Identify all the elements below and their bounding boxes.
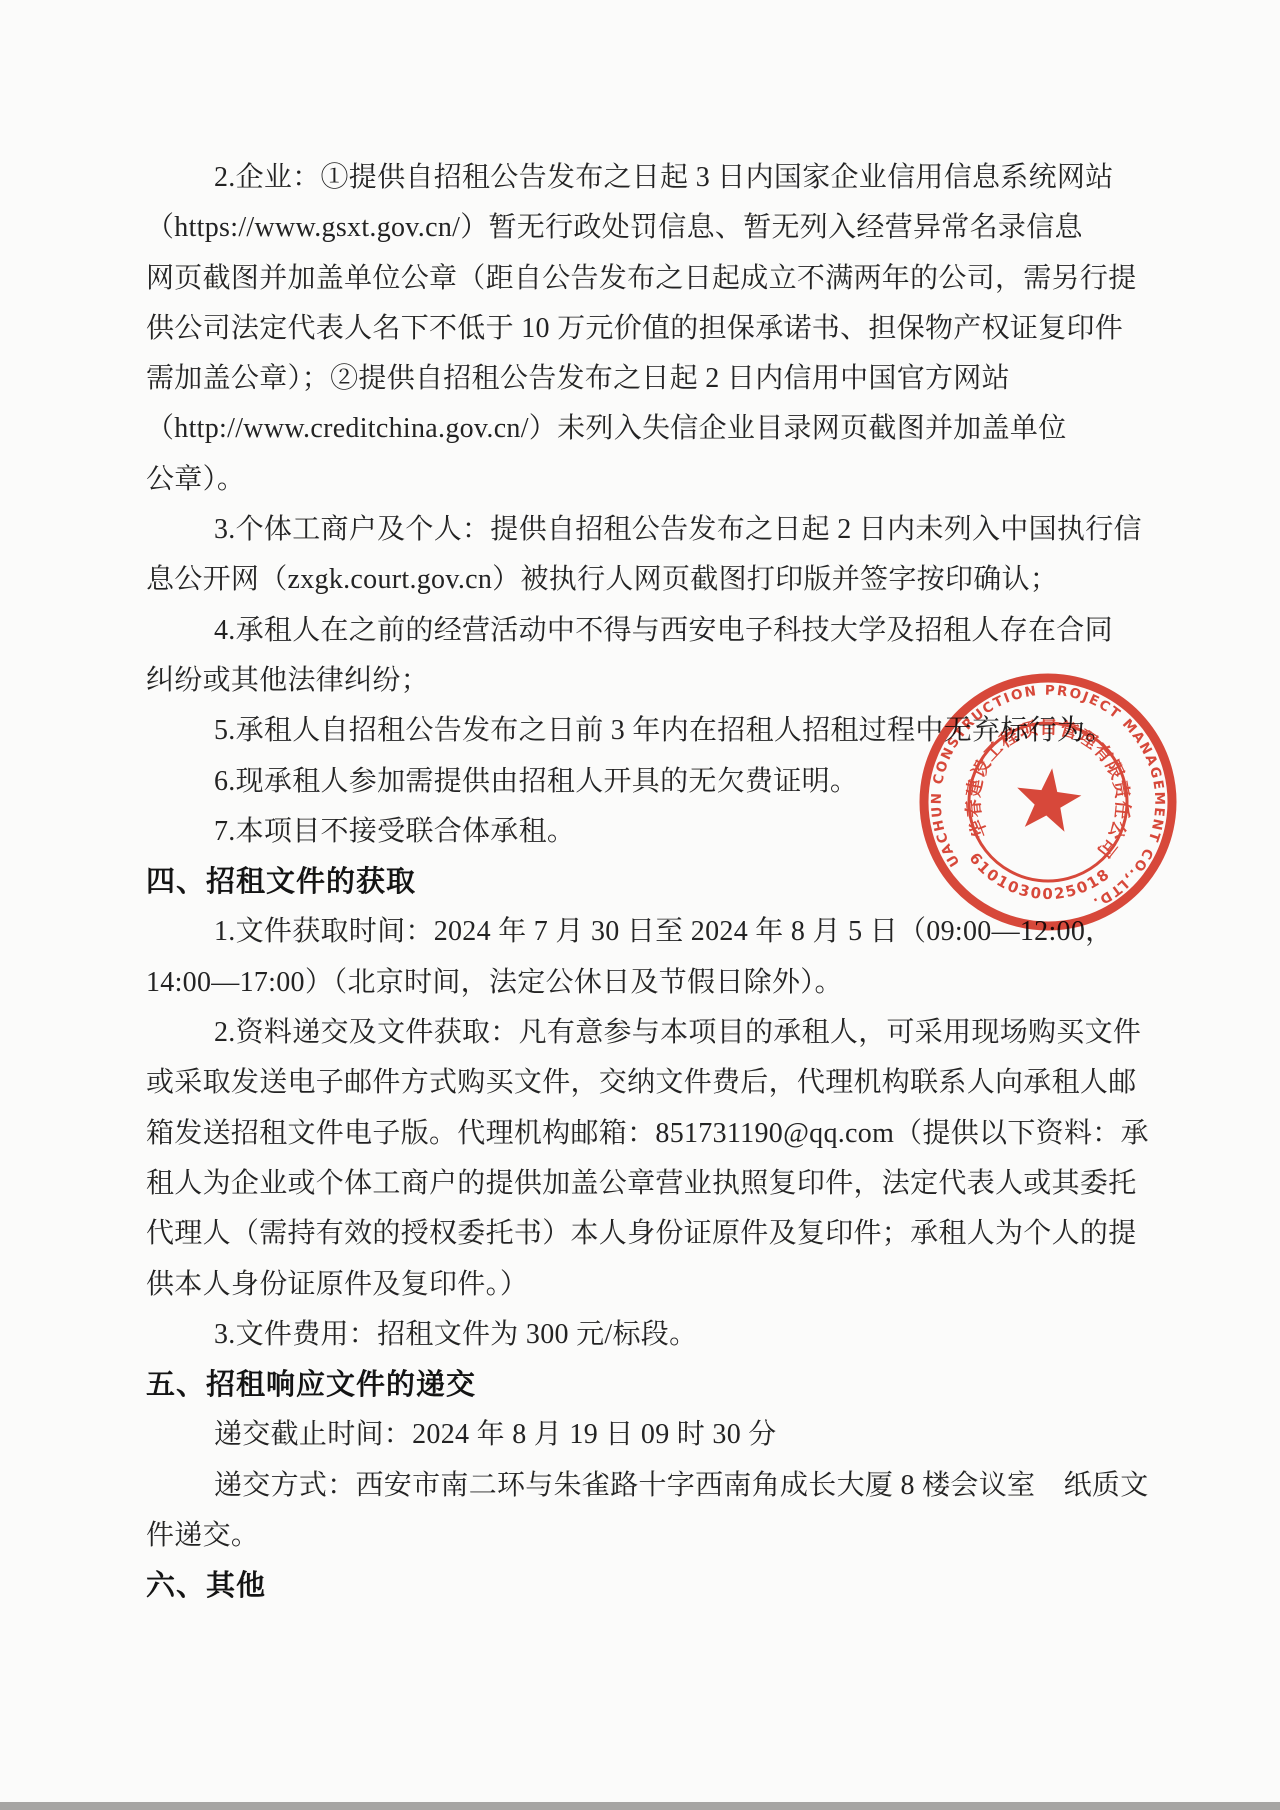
document-line: 供公司法定代表人名下不低于 10 万元价值的担保承诺书、担保物产权证复印件: [146, 304, 1141, 354]
document-page: 2.企业：①提供自招租公告发布之日起 3 日内国家企业信用信息系统网站（http…: [0, 0, 1280, 1810]
document-line: 4.承租人在之前的经营活动中不得与西安电子科技大学及招租人存在合同: [146, 606, 1141, 656]
document-line: 3.文件费用：招租文件为 300 元/标段。: [146, 1310, 1141, 1360]
section-heading: 五、招租响应文件的递交: [146, 1360, 1141, 1410]
document-line: 息公开网（zxgk.court.gov.cn）被执行人网页截图打印版并签字按印确…: [146, 555, 1141, 605]
official-seal-stamp: HUACHUN CONSTRUCTION PROJECT MANAGEMENT …: [908, 662, 1188, 942]
section-heading: 六、其他: [146, 1561, 1141, 1611]
document-line: 公章）。: [146, 455, 1141, 505]
document-line: 网页截图并加盖单位公章（距自公告发布之日起成立不满两年的公司，需另行提: [146, 254, 1141, 304]
document-line: （http://www.creditchina.gov.cn/）未列入失信企业目…: [146, 404, 1141, 454]
document-line: 供本人身份证原件及复印件。）: [146, 1260, 1141, 1310]
document-line: 2.资料递交及文件获取：凡有意参与本项目的承租人，可采用现场购买文件: [146, 1008, 1141, 1058]
document-line: 租人为企业或个体工商户的提供加盖公章营业执照复印件，法定代表人或其委托: [146, 1159, 1141, 1209]
document-line: 或采取发送电子邮件方式购买文件，交纳文件费后，代理机构联系人向承租人邮: [146, 1058, 1141, 1108]
stamp-star-icon: [1013, 764, 1085, 833]
document-line: 需加盖公章）；②提供自招租公告发布之日起 2 日内信用中国官方网站: [146, 354, 1141, 404]
document-line: 箱发送招租文件电子版。代理机构邮箱：851731190@qq.com（提供以下资…: [146, 1109, 1141, 1159]
page-bottom-edge: [0, 1802, 1280, 1810]
document-line: 14:00—17:00）（北京时间，法定公休日及节假日除外）。: [146, 958, 1141, 1008]
document-line: 代理人（需持有效的授权委托书）本人身份证原件及复印件；承租人为个人的提: [146, 1209, 1141, 1259]
document-line: 递交方式：西安市南二环与朱雀路十字西南角成长大厦 8 楼会议室 纸质文: [146, 1461, 1141, 1511]
document-line: 2.企业：①提供自招租公告发布之日起 3 日内国家企业信用信息系统网站: [146, 153, 1141, 203]
document-line: 递交截止时间：2024 年 8 月 19 日 09 时 30 分: [146, 1410, 1141, 1460]
document-line: 件递交。: [146, 1511, 1141, 1561]
document-line: 3.个体工商户及个人：提供自招租公告发布之日起 2 日内未列入中国执行信: [146, 505, 1141, 555]
document-line: （https://www.gsxt.gov.cn/）暂无行政处罚信息、暂无列入经…: [146, 203, 1141, 253]
